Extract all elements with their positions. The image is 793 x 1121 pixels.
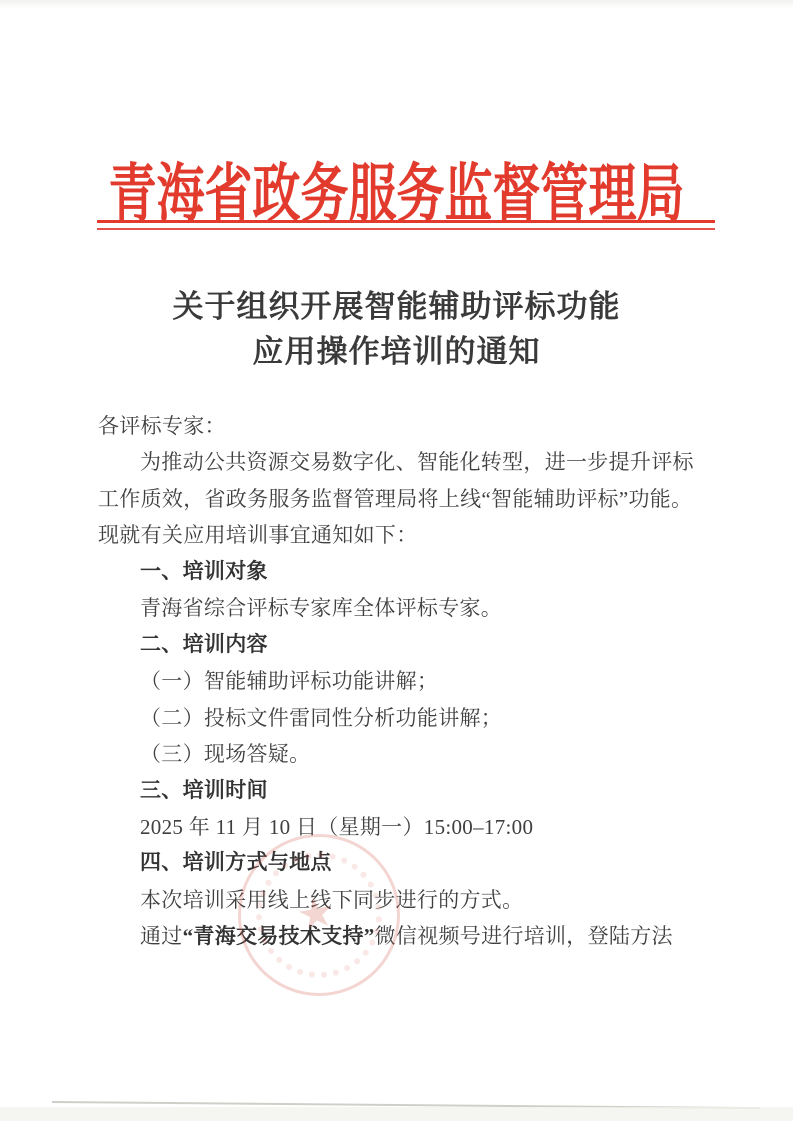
body-line: 青海省综合评标专家库全体评标专家。 [98,590,694,626]
body-line: 本次培训采用线上线下同步进行的方式。 [98,882,694,918]
training-datetime: 2025 年 11 月 10 日（星期一）15:00–17:00 [98,809,694,845]
section-heading-training-time: 三、培训时间 [98,773,694,809]
masthead-rule-thin [97,228,715,230]
body-line: 为推动公共资源交易数字化、智能化转型，进一步提升评标 [98,444,694,480]
scan-top-shadow [0,0,793,8]
body-text-prefix: 通过 [140,924,183,948]
body-line-wechat-channel: 通过“青海交易技术支持”微信视频号进行培训，登陆方法 [98,918,694,954]
document-title: 关于组织开展智能辅助评标功能 应用操作培训的通知 [0,284,793,374]
scanned-notice-page: 青海省政务服务监督管理局 关于组织开展智能辅助评标功能 应用操作培训的通知 各评… [0,0,793,1121]
list-item: （二）投标文件雷同性分析功能讲解； [98,700,694,736]
body-line: 现就有关应用培训事宜通知如下： [98,517,694,553]
section-heading-training-content: 二、培训内容 [98,627,694,663]
body-text-suffix: 微信视频号进行培训，登陆方法 [375,924,673,948]
scan-background-below-page [0,1107,793,1121]
wechat-channel-name: “青海交易技术支持” [183,924,375,948]
body-line: 工作质效，省政务服务监督管理局将上线“智能辅助评标”功能。 [98,481,694,517]
list-item: （一）智能辅助评标功能讲解； [98,663,694,699]
document-title-line1: 关于组织开展智能辅助评标功能 [0,284,793,329]
salutation: 各评标专家： [98,408,694,444]
list-item: （三）现场答疑。 [98,736,694,772]
section-heading-training-target: 一、培训对象 [98,554,694,590]
masthead-rule-thick [97,220,715,223]
document-title-line2: 应用操作培训的通知 [0,329,793,374]
section-heading-training-method: 四、培训方式与地点 [98,845,694,881]
notice-body: 各评标专家： 为推动公共资源交易数字化、智能化转型，进一步提升评标 工作质效，省… [98,408,694,955]
